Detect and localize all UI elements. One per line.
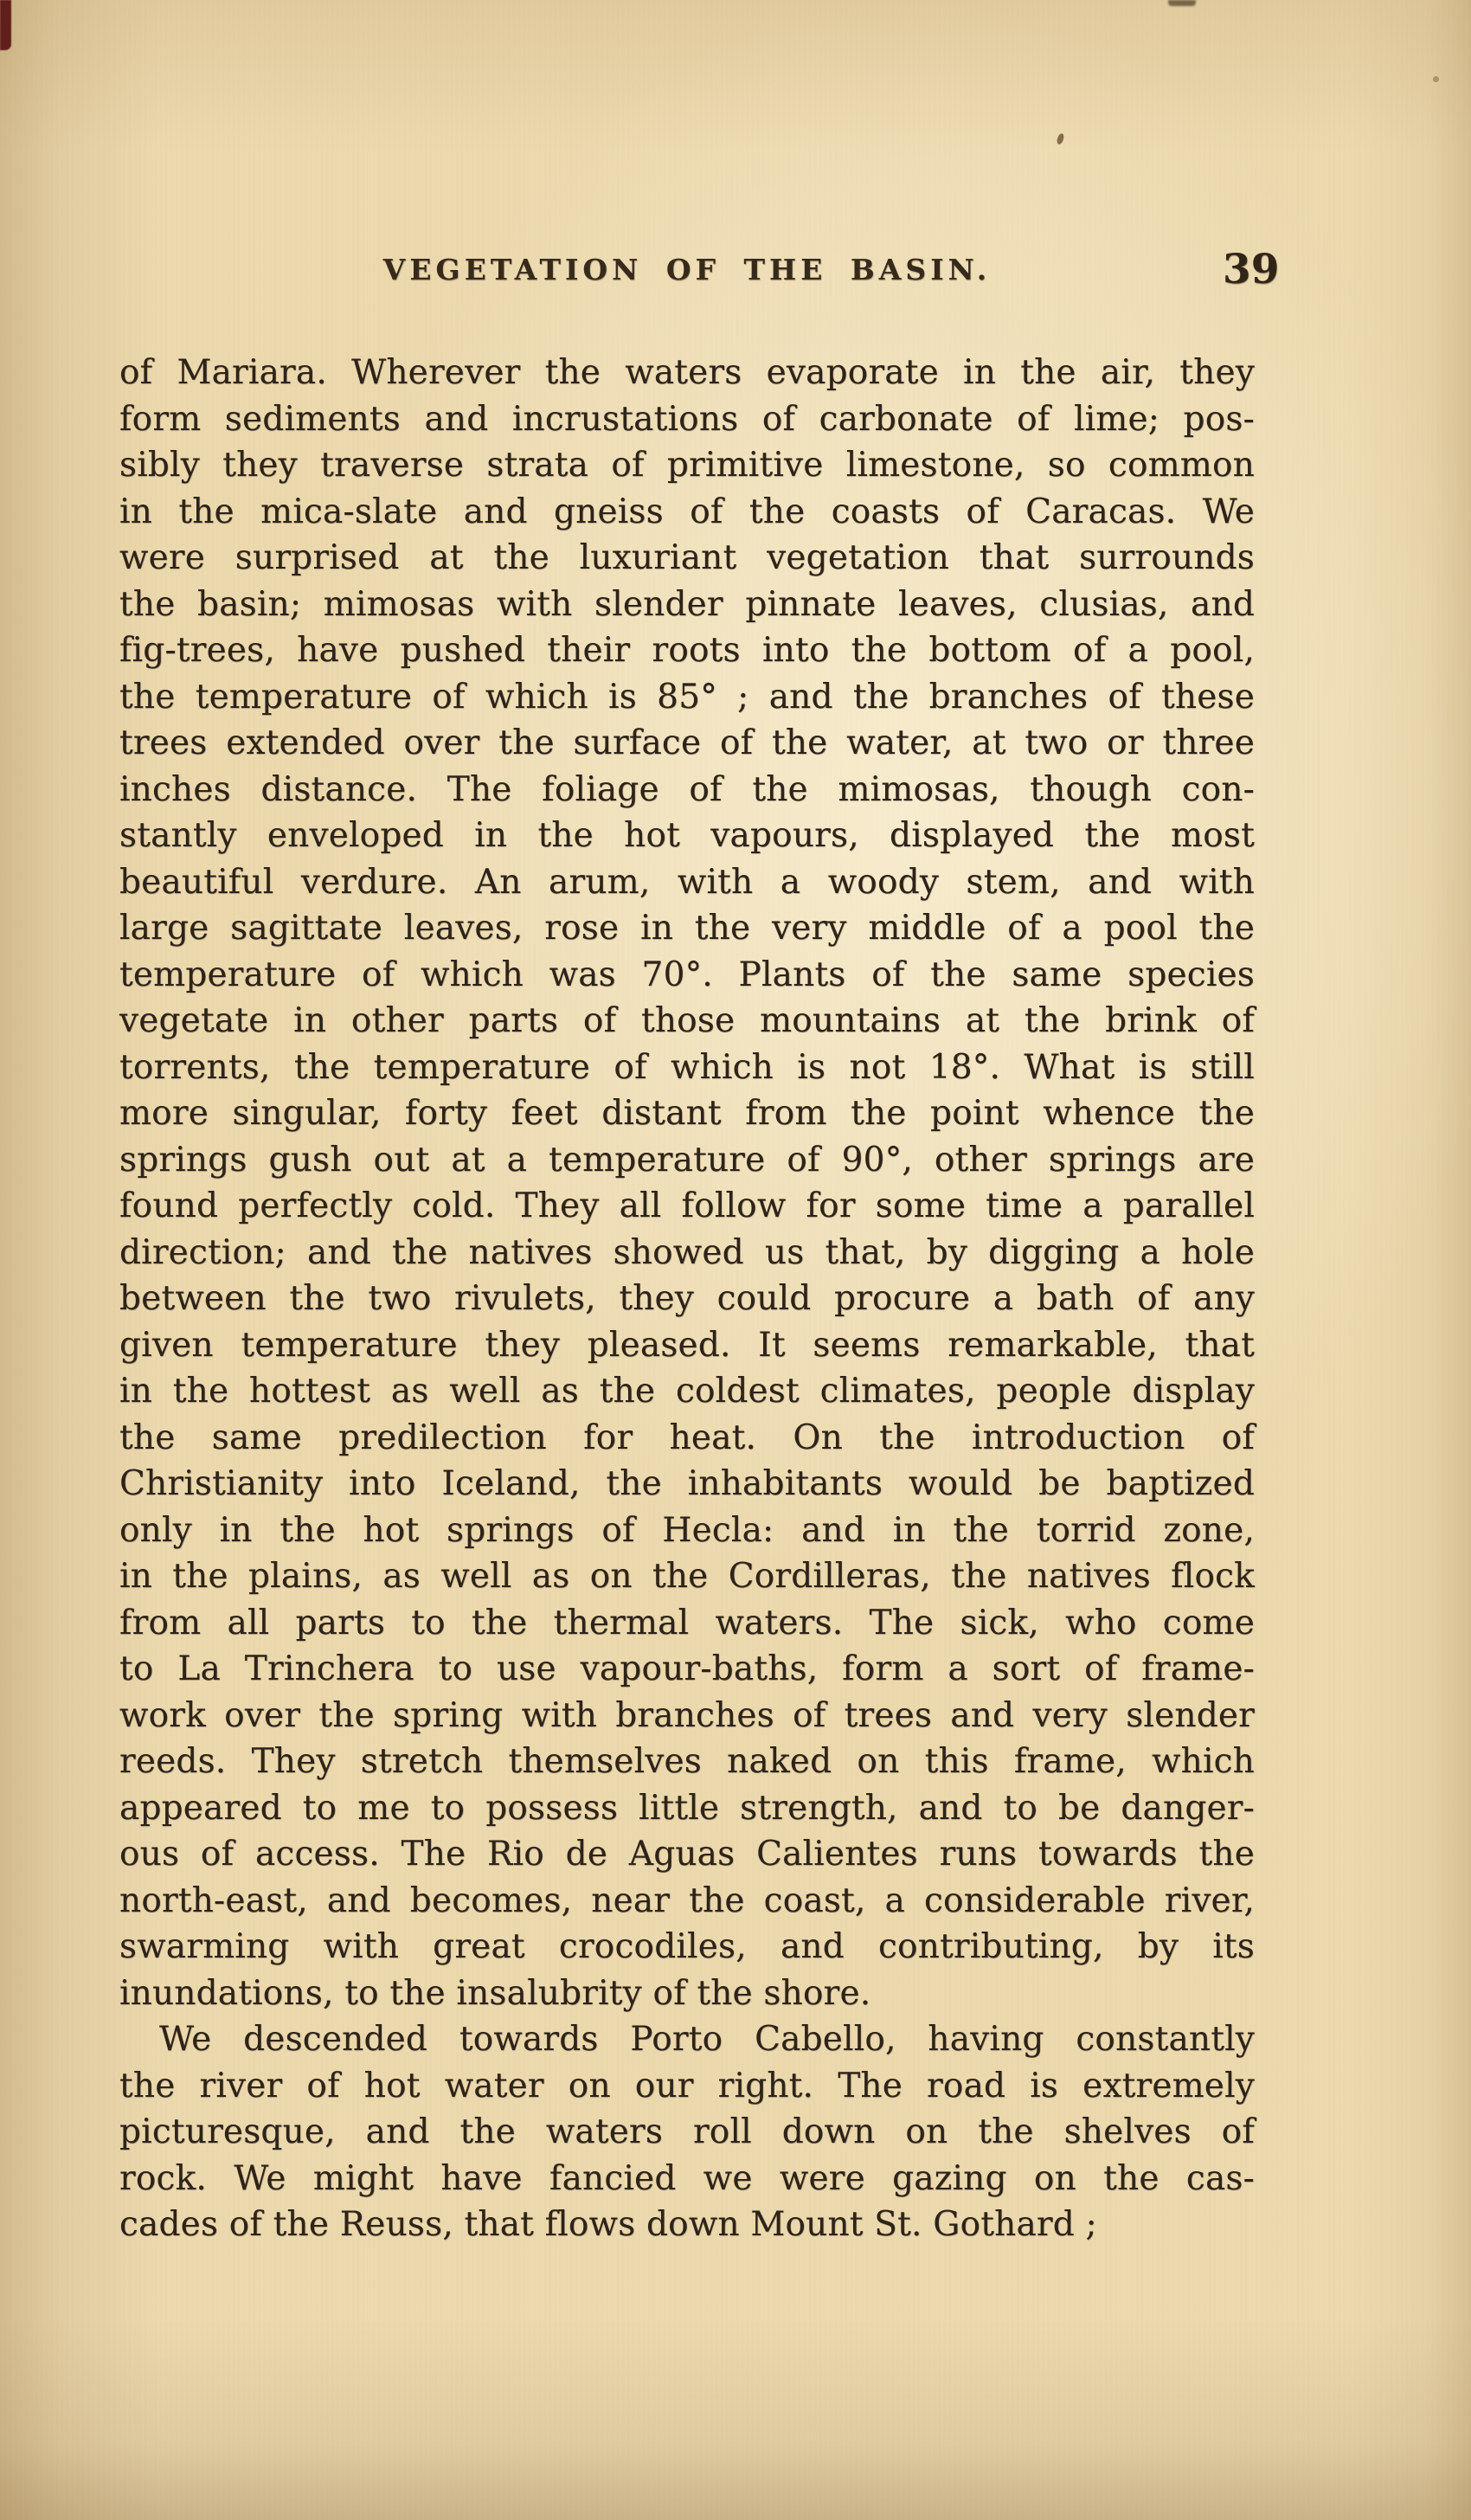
text-line: the river of hot water on our right. The… [119,2063,1255,2110]
text-line: reeds. They stretch themselves naked on … [119,1739,1255,1785]
paragraph: We descended towards Porto Cabello, havi… [119,2016,1255,2248]
text-line: more singular, forty feet distant from t… [119,1090,1255,1137]
text-line: swarming with great crocodiles, and cont… [119,1924,1255,1970]
book-page-scan: VEGETATION OF THE BASIN. 39 of Mariara. … [0,0,1471,2520]
text-line: in the plains, as well as on the Cordill… [119,1553,1255,1600]
text-line: temperature of which was 70°. Plants of … [119,952,1255,999]
text-line: stantly enveloped in the hot vapours, di… [119,813,1255,859]
body-text: of Mariara. Wherever the waters evaporat… [119,350,1255,2248]
text-line: between the two rivulets, they could pro… [119,1276,1255,1322]
paper-speck [1056,132,1065,145]
text-line: form sediments and incrustations of carb… [119,396,1255,443]
text-line: were surprised at the luxuriant vegetati… [119,535,1255,582]
text-line: appeared to me to possess little strengt… [119,1785,1255,1832]
text-line: the basin; mimosas with slender pinnate … [119,582,1255,628]
text-line: ous of access. The Rio de Aguas Caliente… [119,1831,1255,1878]
text-line: in the mica-slate and gneiss of the coas… [119,489,1255,536]
text-line: inches distance. The foliage of the mimo… [119,767,1255,813]
text-line: only in the hot springs of Hecla: and in… [119,1507,1255,1554]
paragraph: of Mariara. Wherever the waters evaporat… [119,350,1255,2016]
text-line: rock. We might have fancied we were gazi… [119,2156,1255,2202]
text-line: found perfectly cold. They all follow fo… [119,1183,1255,1230]
text-line: picturesque, and the waters roll down on… [119,2109,1255,2156]
spine-shadow-mark [0,0,11,50]
text-line: torrents, the temperature of which is no… [119,1045,1255,1091]
text-line: north-east, and becomes, near the coast,… [119,1878,1255,1925]
text-line: trees extended over the surface of the w… [119,720,1255,767]
text-line: fig-trees, have pushed their roots into … [119,627,1255,674]
paper-speck [1433,76,1439,82]
running-header-title: VEGETATION OF THE BASIN. [119,253,1255,286]
text-line: of Mariara. Wherever the waters evaporat… [119,350,1255,396]
scan-edge-mark [1168,0,1196,6]
text-line: We descended towards Porto Cabello, havi… [119,2016,1255,2063]
text-line: direction; and the natives showed us tha… [119,1230,1255,1276]
page-number: 39 [1223,246,1279,293]
text-line: vegetate in other parts of those mountai… [119,998,1255,1045]
text-line: springs gush out at a temperature of 90°… [119,1137,1255,1184]
text-line: beautiful verdure. An arum, with a woody… [119,859,1255,906]
text-line: the same predilection for heat. On the i… [119,1415,1255,1462]
text-line: work over the spring with branches of tr… [119,1693,1255,1739]
text-line: in the hottest as well as the coldest cl… [119,1368,1255,1415]
text-line: given temperature they pleased. It seems… [119,1322,1255,1369]
text-line: to La Trinchera to use vapour-baths, for… [119,1646,1255,1693]
text-line: from all parts to the thermal waters. Th… [119,1600,1255,1647]
text-line: sibly they traverse strata of primitive … [119,442,1255,489]
text-line: Christianity into Iceland, the inhabitan… [119,1461,1255,1507]
text-line: inundations, to the insalubrity of the s… [119,1970,1255,2017]
text-line: the temperature of which is 85° ; and th… [119,674,1255,721]
text-line: large sagittate leaves, rose in the very… [119,905,1255,952]
text-line: cades of the Reuss, that flows down Moun… [119,2202,1255,2248]
